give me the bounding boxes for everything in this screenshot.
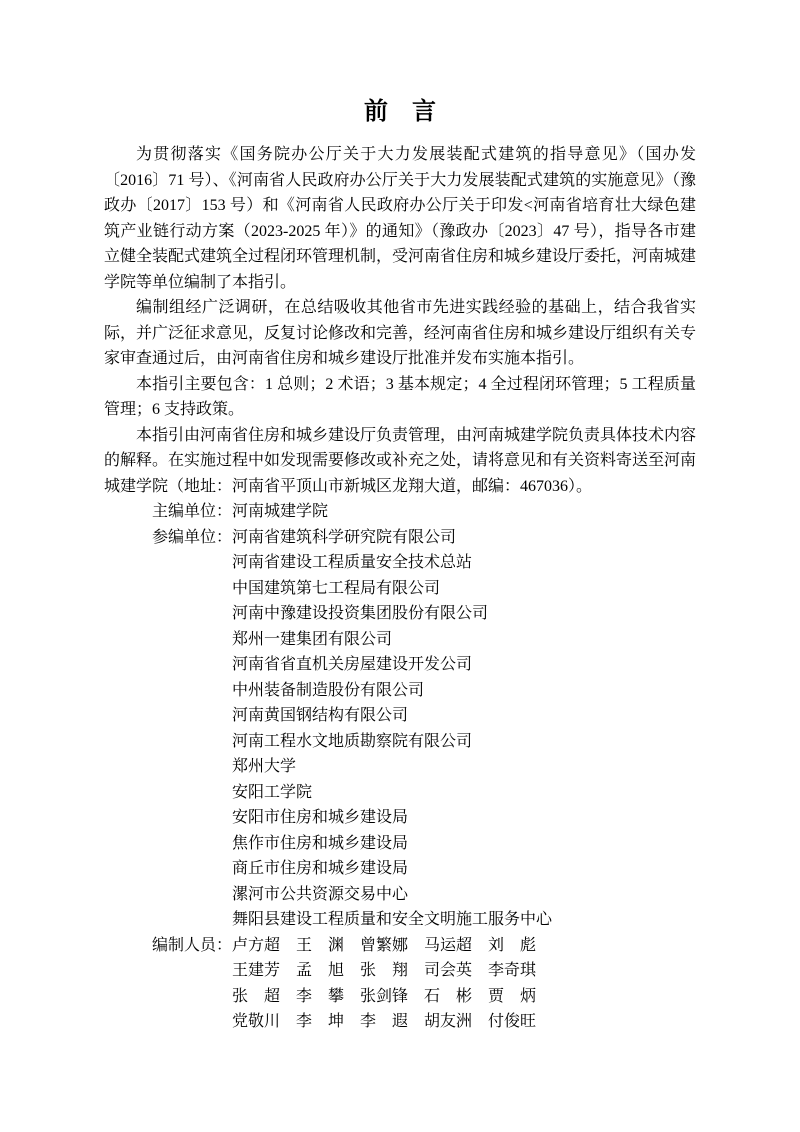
- co-editors-list: 河南省建筑科学研究院有限公司 河南省建设工程质量安全技术总站 中国建筑第七工程局…: [232, 525, 696, 933]
- co-editor-item: 中国建筑第七工程局有限公司: [232, 576, 696, 602]
- co-editor-item: 安阳工学院: [232, 780, 696, 806]
- co-editors-label: 参编单位：: [152, 525, 232, 551]
- co-editors-row: 参编单位： 河南省建筑科学研究院有限公司 河南省建设工程质量安全技术总站 中国建…: [152, 525, 696, 933]
- co-editor-item: 河南黄国钢结构有限公司: [232, 703, 696, 729]
- co-editor-item: 河南省建设工程质量安全技术总站: [232, 550, 696, 576]
- staff-list: 卢方超 王 渊 曾繁娜 马运超 刘 彪 王建芳 孟 旭 张 翔 司会英 李奇琪 …: [232, 933, 696, 1035]
- paragraph-policy-basis: 为贯彻落实《国务院办公厅关于大力发展装配式建筑的指导意见》（国办发〔2016〕7…: [104, 142, 696, 295]
- chief-editor-value: 河南城建学院: [232, 499, 696, 525]
- staff-row: 编制人员： 卢方超 王 渊 曾繁娜 马运超 刘 彪 王建芳 孟 旭 张 翔 司会…: [152, 933, 696, 1035]
- staff-names-row: 张 超 李 攀 张剑锋 石 彬 贾 炳: [232, 984, 696, 1010]
- staff-label: 编制人员：: [152, 933, 232, 959]
- co-editor-item: 郑州大学: [232, 754, 696, 780]
- page-title: 前 言: [104, 99, 696, 125]
- staff-names-row: 党敬川 李 坤 李 遐 胡友洲 付俊旺: [232, 1009, 696, 1035]
- staff-names-row: 王建芳 孟 旭 张 翔 司会英 李奇琪: [232, 958, 696, 984]
- co-editor-item: 焦作市住房和城乡建设局: [232, 831, 696, 857]
- co-editor-item: 河南省省直机关房屋建设开发公司: [232, 652, 696, 678]
- chief-editor-row: 主编单位： 河南城建学院: [152, 499, 696, 525]
- co-editor-item: 河南中豫建设投资集团股份有限公司: [232, 601, 696, 627]
- co-editor-item: 河南工程水文地质勘察院有限公司: [232, 729, 696, 755]
- paragraph-management-contact: 本指引由河南省住房和城乡建设厅负责管理，由河南城建学院负责具体技术内容的解释。在…: [104, 423, 696, 500]
- document-page: 前 言 为贯彻落实《国务院办公厅关于大力发展装配式建筑的指导意见》（国办发〔20…: [0, 0, 800, 1132]
- co-editor-item: 商丘市住房和城乡建设局: [232, 856, 696, 882]
- co-editor-item: 舞阳县建设工程质量和安全文明施工服务中心: [232, 907, 696, 933]
- paragraph-contents-overview: 本指引主要包含：1 总则；2 术语；3 基本规定；4 全过程闭环管理；5 工程质…: [104, 372, 696, 423]
- co-editor-item: 河南省建筑科学研究院有限公司: [232, 525, 696, 551]
- preface-body: 为贯彻落实《国务院办公厅关于大力发展装配式建筑的指导意见》（国办发〔2016〕7…: [104, 142, 696, 1035]
- co-editor-item: 安阳市住房和城乡建设局: [232, 805, 696, 831]
- paragraph-drafting-process: 编制组经广泛调研，在总结吸收其他省市先进实践经验的基础上，结合我省实际，并广泛征…: [104, 295, 696, 372]
- co-editor-item: 漯河市公共资源交易中心: [232, 882, 696, 908]
- co-editor-item: 郑州一建集团有限公司: [232, 627, 696, 653]
- staff-names-row: 卢方超 王 渊 曾繁娜 马运超 刘 彪: [232, 933, 696, 959]
- co-editor-item: 中州装备制造股份有限公司: [232, 678, 696, 704]
- chief-editor-label: 主编单位：: [152, 499, 232, 525]
